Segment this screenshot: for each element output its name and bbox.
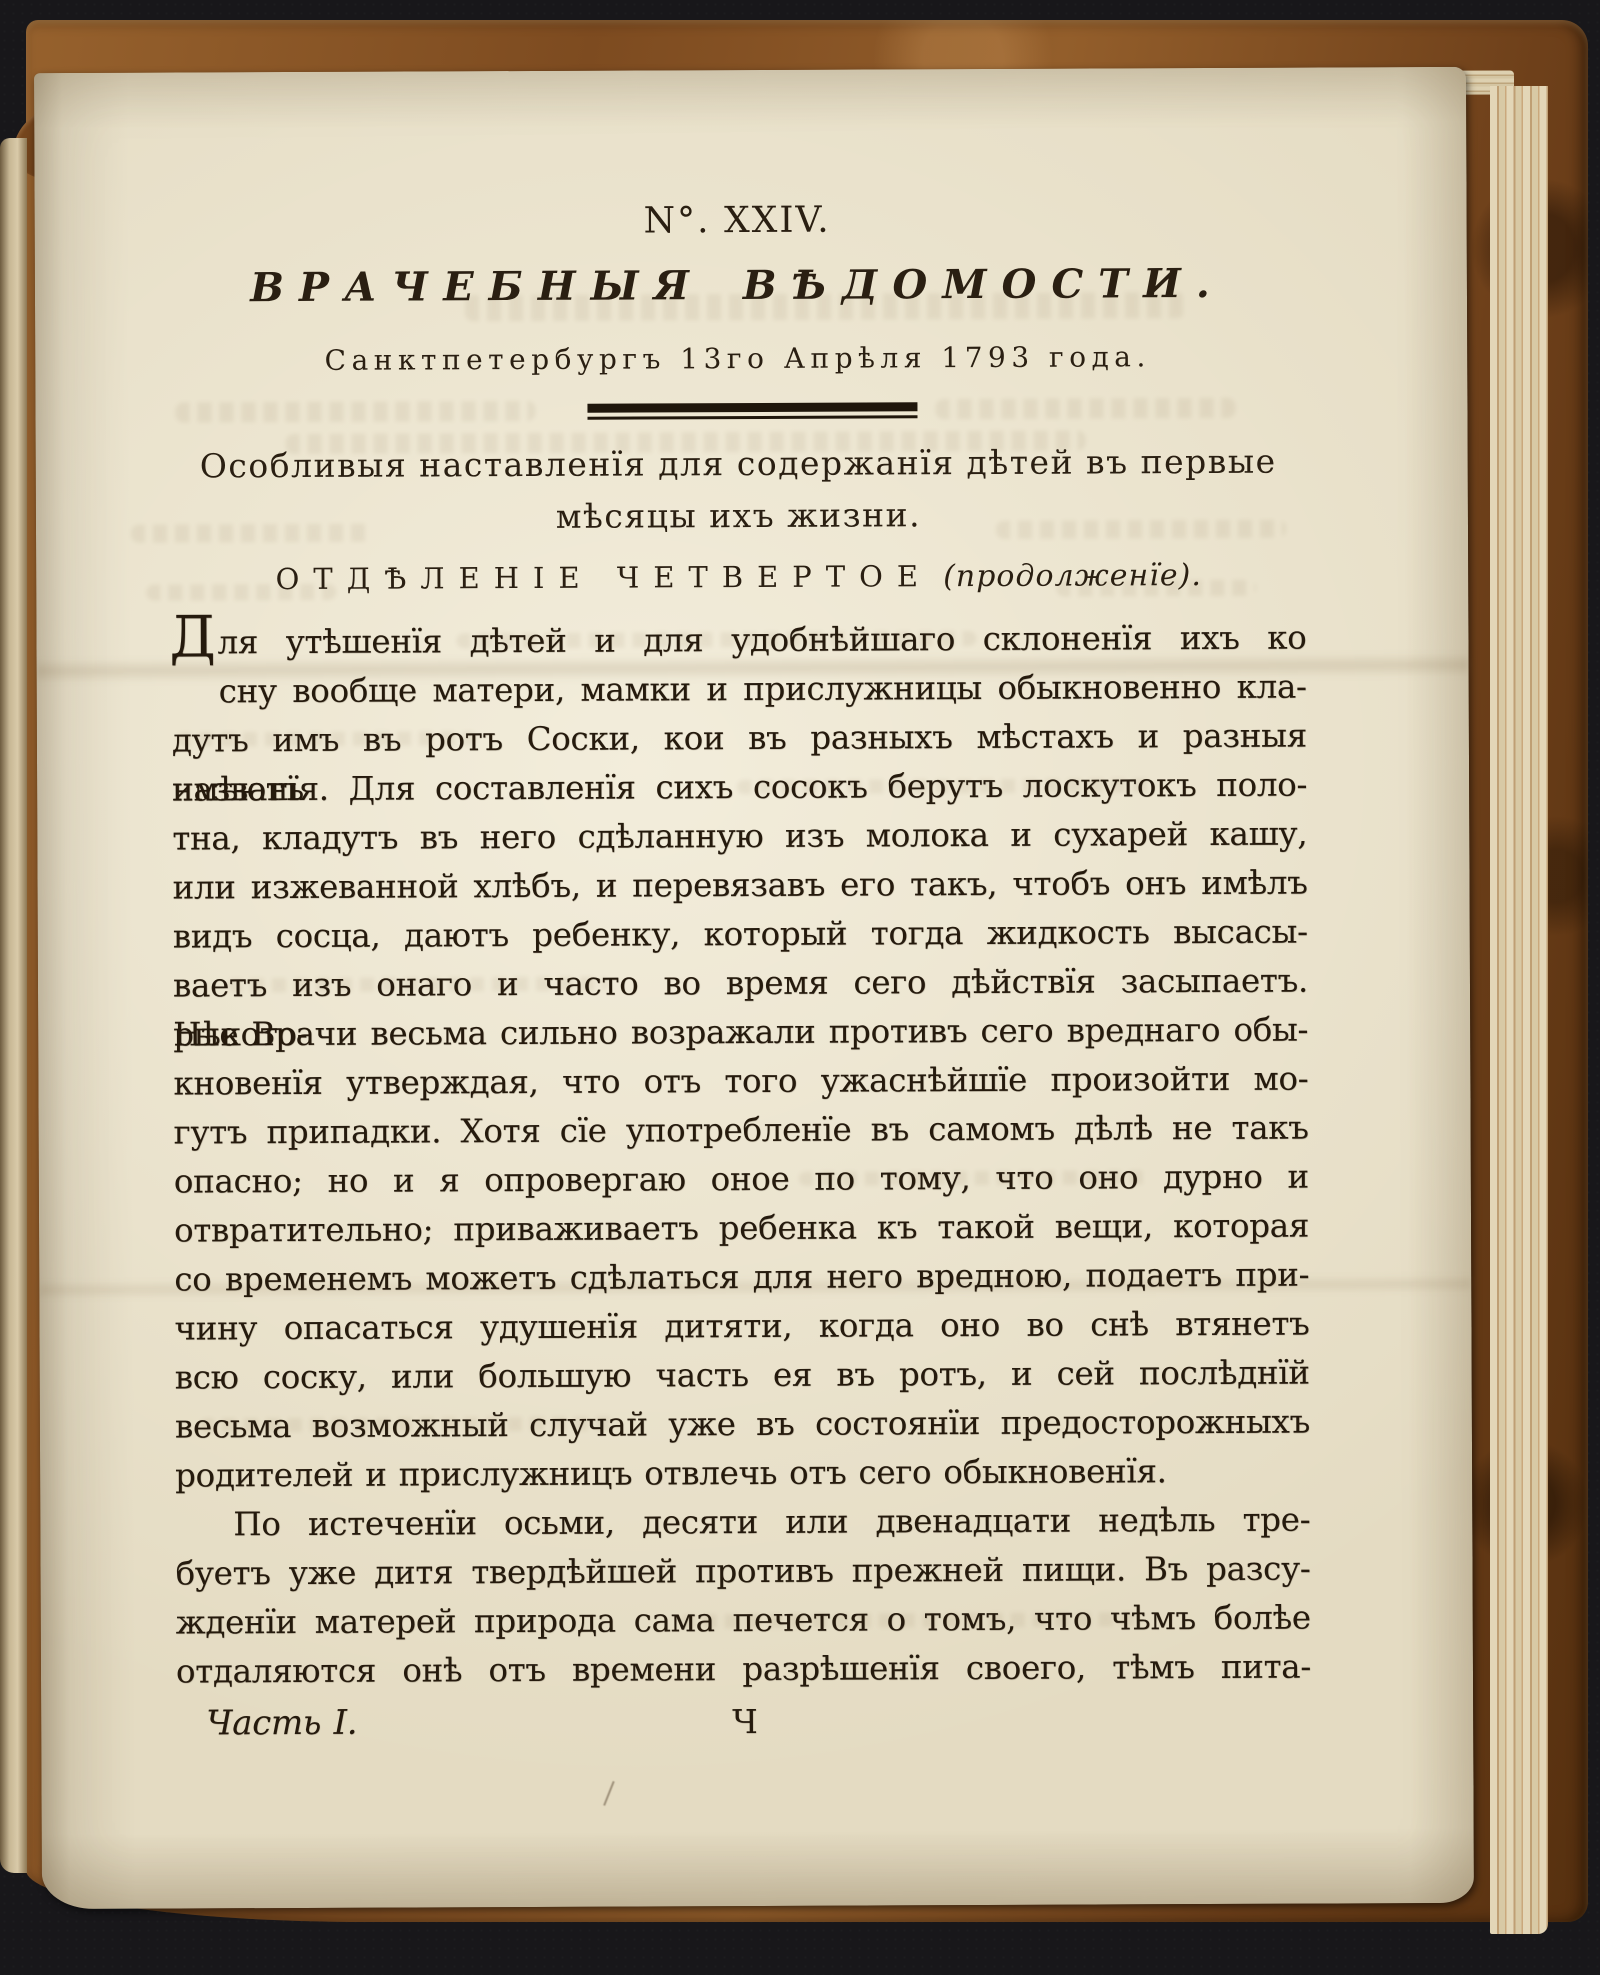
page-stack-right-edge — [1490, 86, 1548, 1934]
section-heading-caps: ОТДѢЛЕНІЕ ЧЕТВЕРТОЕ — [275, 559, 932, 596]
body-line: опасно; но и я опровергаю оное по тому, … — [174, 1153, 1309, 1207]
underlying-page-edge — [0, 138, 27, 1873]
body-line: отвратительно; приваживаетъ ребенка къ т… — [174, 1202, 1309, 1256]
body-line: кновенїя утверждая, что отъ того ужаснѣй… — [173, 1055, 1308, 1109]
body-line: гутъ припадки. Хотя сїе употребленїе въ … — [174, 1104, 1309, 1158]
photo-background: N°. XXIV. ВРАЧЕБНЫЯ ВѢДОМОСТИ. Санктпете… — [0, 0, 1600, 1975]
body-line: родителей и прислужницъ отвлечь отъ сего… — [175, 1447, 1310, 1501]
body-line: сну вообще матери, мамки и прислужницы о… — [172, 663, 1307, 717]
body-line: ваетъ изъ онаго и часто во время сего дѣ… — [173, 957, 1308, 1011]
article-title-line2: мѣсяцы ихъ жизни. — [171, 494, 1306, 538]
body-line: всю соску, или большую часть ея въ ротъ,… — [175, 1349, 1310, 1403]
drop-initial: Д — [169, 613, 215, 662]
double-rule-divider — [587, 402, 917, 419]
part-label: Часть I. — [206, 1699, 357, 1749]
body-text-column: Для утѣшенїя дѣтей и для удобнѣйшаго скл… — [171, 614, 1311, 1749]
body-line: видъ сосца, даютъ ребенку, который тогда… — [173, 908, 1308, 962]
section-heading: ОТДѢЛЕНІЕ ЧЕТВЕРТОЕ (продолженїе). — [171, 558, 1306, 598]
body-line: весьма возможный случай уже въ состоянїи… — [175, 1398, 1310, 1452]
catchword: Ч — [732, 1697, 757, 1746]
section-heading-continuation: (продолженїе). — [943, 558, 1202, 594]
body-line: дутъ имъ въ ротъ Соски, кои въ разныхъ м… — [172, 712, 1307, 766]
dateline: Санктпетербургъ 13го Апрѣля 1793 года. — [170, 340, 1305, 378]
body-line: рые Врачи весьма сильно возражали против… — [173, 1006, 1308, 1060]
body-line: чину опасаться удушенїя дитяти, когда он… — [174, 1300, 1309, 1354]
page-footer: Часть I. Ч — [176, 1695, 1311, 1749]
printed-content: N°. XXIV. ВРАЧЕБНЫЯ ВѢДОМОСТИ. Санктпете… — [34, 67, 1474, 1909]
body-line: жденїи матерей природа сама печется о то… — [176, 1594, 1311, 1648]
body-line: буетъ уже дитя твердѣйшей противъ прежне… — [175, 1545, 1310, 1599]
body-line-text: ля утѣшенїя дѣтей и для удобнѣйшаго скло… — [217, 619, 1306, 662]
issue-number: N°. XXIV. — [170, 198, 1305, 244]
masthead-title: ВРАЧЕБНЫЯ ВѢДОМОСТИ. — [170, 260, 1305, 312]
body-line: тна, кладутъ въ него сдѣланную изъ молок… — [172, 810, 1307, 864]
body-line: Для утѣшенїя дѣтей и для удобнѣйшаго скл… — [171, 614, 1306, 668]
body-line: со временемъ можетъ сдѣлаться для него в… — [174, 1251, 1309, 1305]
article-title-line1: Особливыя наставленїя для содержанїя дѣт… — [171, 442, 1306, 486]
book-page: N°. XXIV. ВРАЧЕБНЫЯ ВѢДОМОСТИ. Санктпете… — [34, 67, 1474, 1909]
body-line: названїя. Для составленїя сихъ сосокъ бе… — [172, 761, 1307, 815]
body-line: отдаляются онѣ отъ времени разрѣшенїя св… — [176, 1643, 1311, 1697]
body-line: По истеченїи осьми, десяти или двенадцат… — [175, 1496, 1310, 1550]
body-line: или изжеванной хлѣбъ, и перевязавъ его т… — [172, 859, 1307, 913]
